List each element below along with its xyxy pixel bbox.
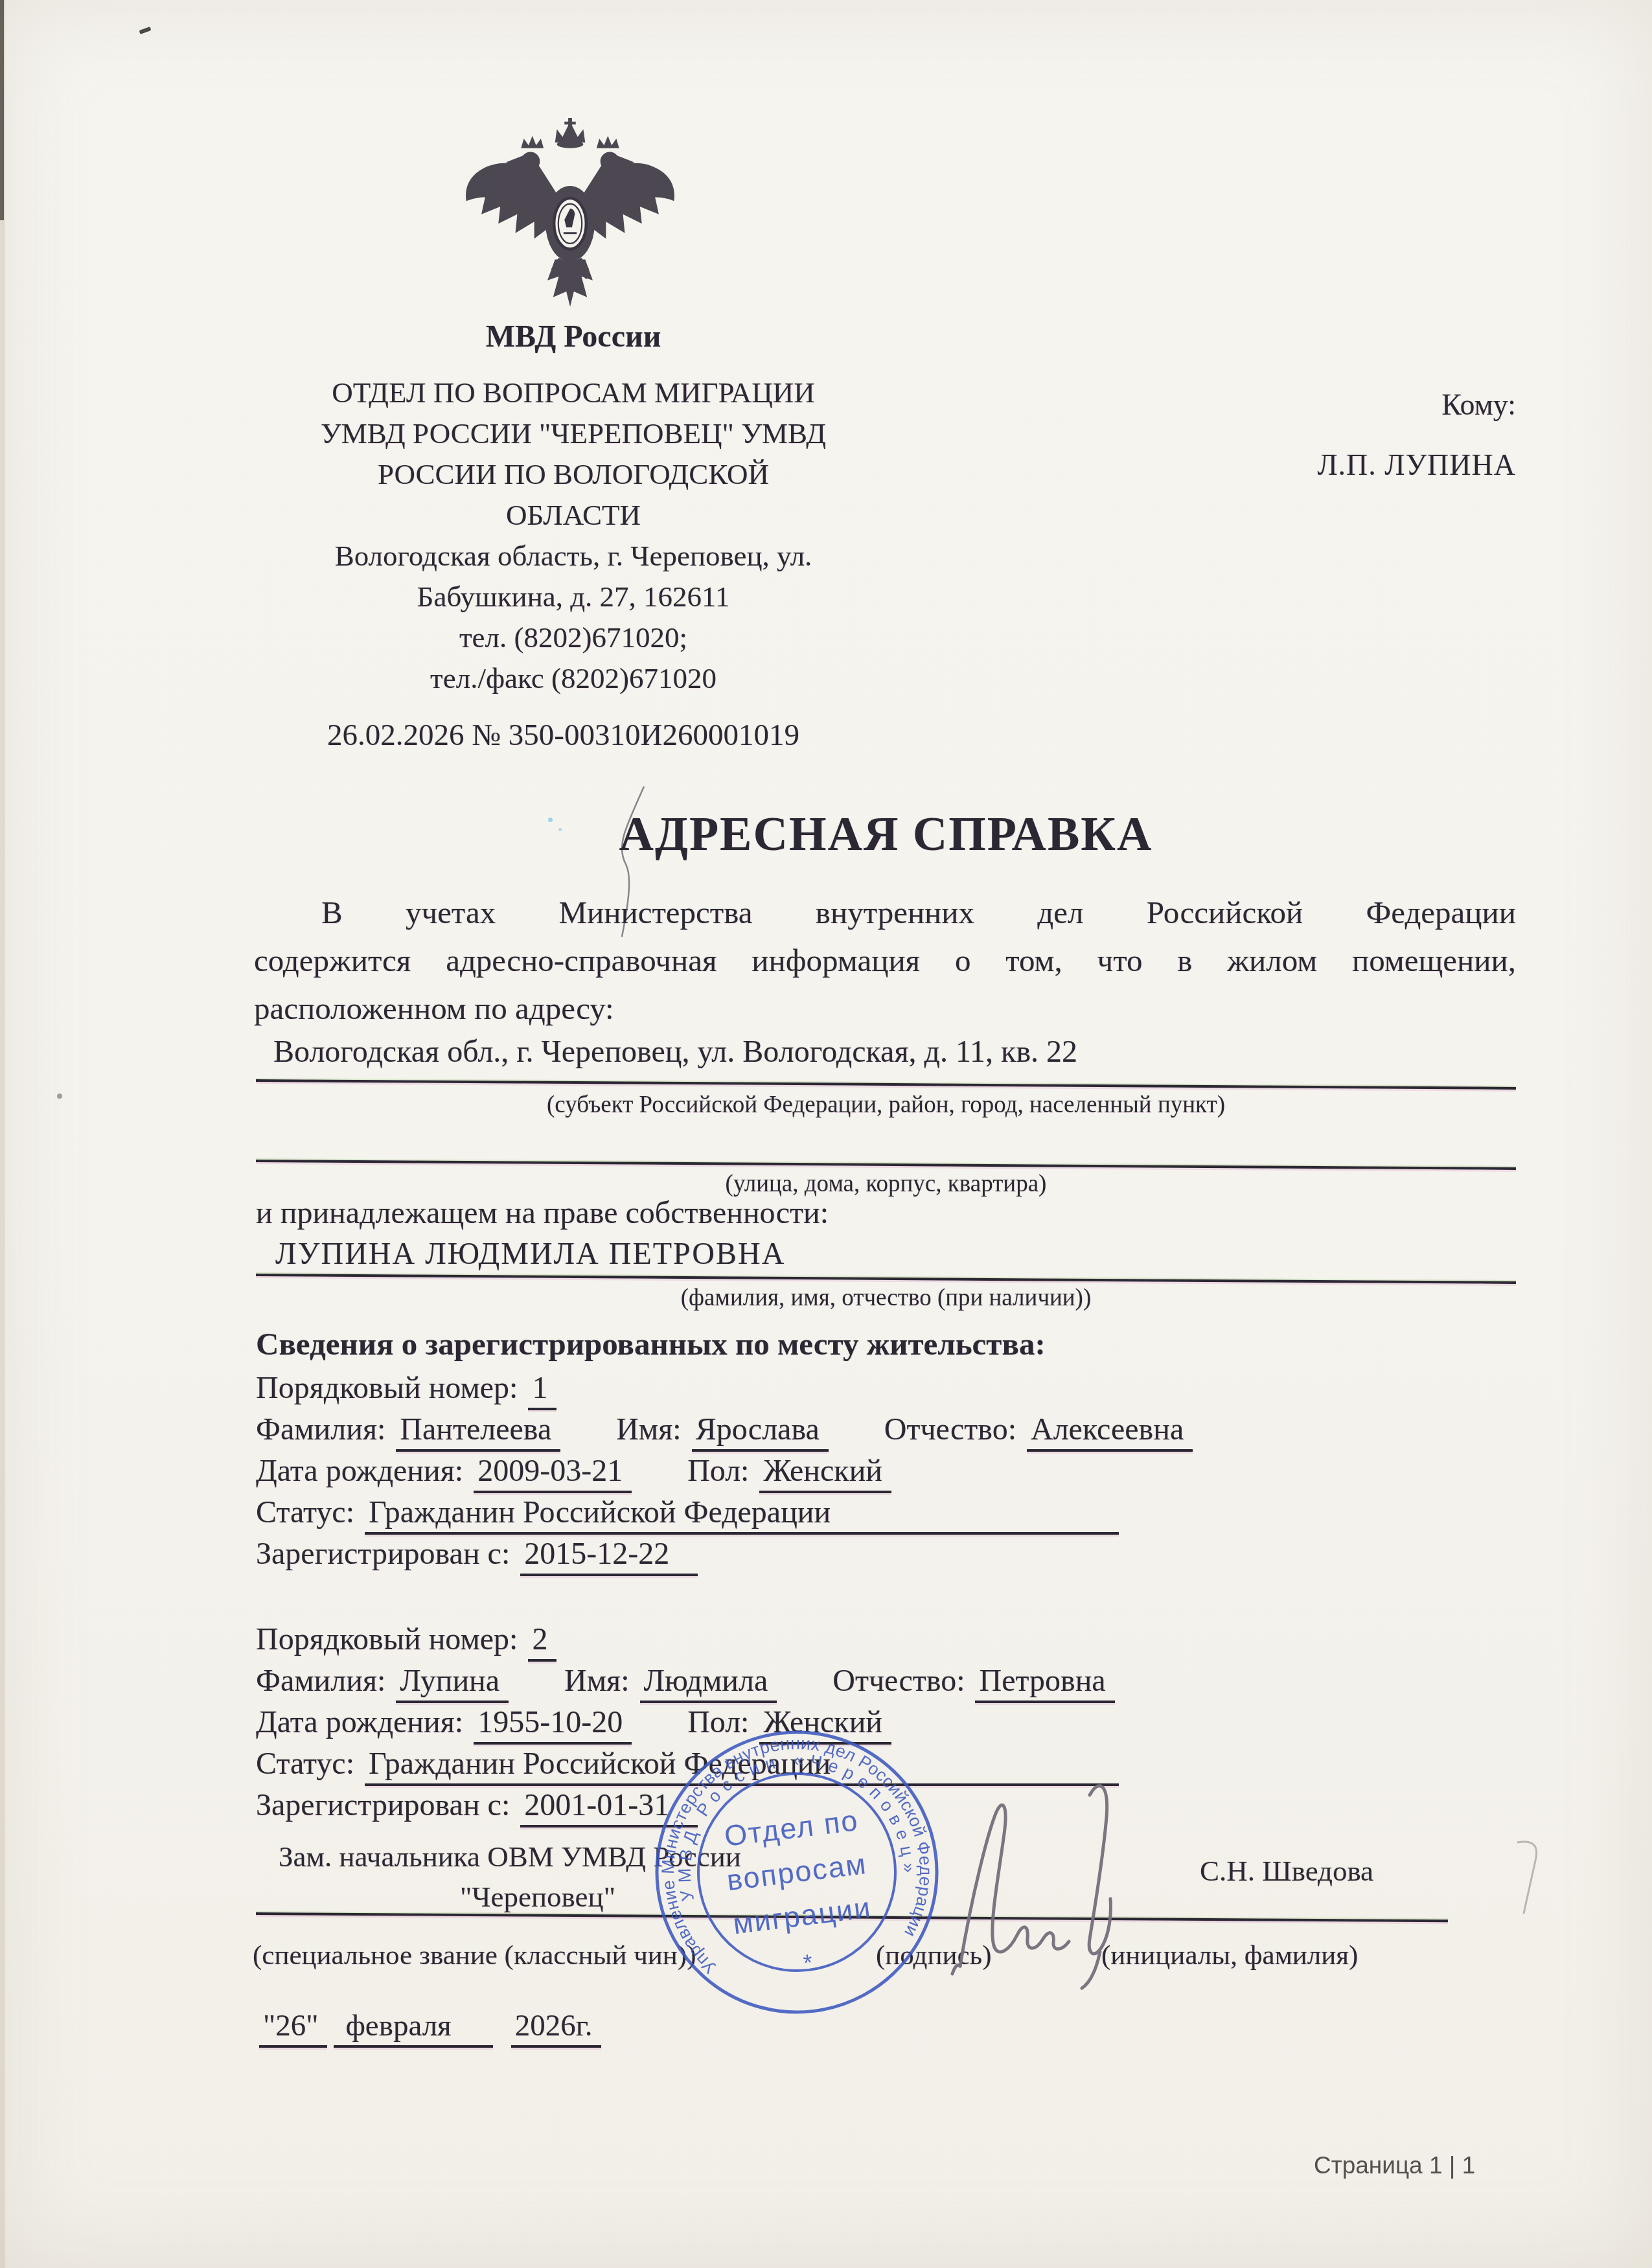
address-region-caption: (субъект Российской Федерации, район, го…	[256, 1091, 1516, 1119]
intro-line: содержится адресно-справочная информация…	[254, 937, 1516, 985]
reference-line: 26.02.2026 № 350-00310И260001019	[327, 718, 799, 753]
signer-name: С.Н. Шведова	[1200, 1854, 1373, 1888]
sender-line: ОБЛАСТИ	[292, 495, 855, 536]
scanned-address-certificate: МВД России ОТДЕЛ ПО ВОПРОСАМ МИГРАЦИИ УМ…	[0, 0, 1652, 2268]
patronymic-value: Алексеевна	[1027, 1412, 1193, 1452]
scan-speck	[57, 1094, 62, 1099]
registered-label: Зарегистрирован с:	[256, 1788, 510, 1822]
owner-caption: (фамилия, имя, отчество (при наличии))	[256, 1284, 1516, 1312]
registered-label: Зарегистрирован с:	[256, 1537, 510, 1571]
sender-line: Вологодская область, г. Череповец, ул.	[292, 536, 855, 577]
registered-value: 2015-12-22	[520, 1536, 698, 1576]
intro-line: В учетах Министерства внутренних дел Рос…	[254, 889, 1516, 937]
round-stamp: Управление Министерства внутренних дел Р…	[628, 1704, 965, 2040]
resident-status-row: Статус:Гражданин Российской Федерации	[256, 1495, 1119, 1535]
birth-date-label: Дата рождения:	[256, 1454, 463, 1488]
resident-ordinal-row: Порядковый номер:1	[256, 1370, 556, 1410]
intro-paragraph: В учетах Министерства внутренних дел Рос…	[254, 889, 1516, 1033]
surname-label: Фамилия:	[256, 1664, 385, 1698]
org-title: МВД России	[292, 319, 855, 354]
recipient-block: Кому: Л.П. ЛУПИНА	[1218, 387, 1516, 482]
status-label: Статус:	[256, 1495, 354, 1529]
resident-fio-row: Фамилия:Лупина Имя:Людмила Отчество:Петр…	[256, 1663, 1115, 1703]
resident-ordinal-row: Порядковый номер:2	[256, 1621, 556, 1662]
ordinal-value: 2	[528, 1621, 556, 1662]
birth-date-value: 1955-10-20	[474, 1704, 632, 1745]
address-street-caption: (улица, дома, корпус, квартира)	[256, 1170, 1516, 1198]
name-value: Ярослава	[692, 1412, 829, 1452]
page-number: Страница 1 | 1	[1314, 2152, 1475, 2179]
intro-line: расположенном по адресу:	[254, 985, 1516, 1033]
ordinal-label: Порядковый номер:	[256, 1371, 518, 1405]
stamp-center-line: миграции	[731, 1891, 873, 1941]
address-value: Вологодская обл., г. Череповец, ул. Воло…	[273, 1034, 1077, 1070]
underline-rule	[256, 1079, 1516, 1090]
scan-edge-tint	[0, 0, 5, 2268]
sender-line: УМВД РОССИИ "ЧЕРЕПОВЕЦ" УМВД	[292, 413, 855, 454]
issue-date-row: "26"февраля2026г.	[259, 2008, 601, 2048]
sender-line: РОССИИ ПО ВОЛОГОДСКОЙ	[292, 454, 855, 495]
stamp-center-line: вопросам	[725, 1847, 869, 1897]
gender-value: Женский	[759, 1453, 891, 1493]
birth-date-value: 2009-03-21	[474, 1453, 632, 1493]
sender-line: тел. (8202)671020;	[292, 617, 855, 658]
name-value: Людмила	[640, 1663, 777, 1703]
gender-label: Пол:	[687, 1454, 749, 1488]
rank-caption: (специальное звание (классный чин))	[253, 1940, 696, 1971]
patronymic-value: Петровна	[975, 1663, 1114, 1703]
sender-line: ОТДЕЛ ПО ВОПРОСАМ МИГРАЦИИ	[292, 372, 855, 413]
recipient-name: Л.П. ЛУПИНА	[1218, 448, 1516, 482]
resident-registered-row: Зарегистрирован с:2015-12-22	[256, 1536, 698, 1576]
surname-label: Фамилия:	[256, 1412, 385, 1447]
issue-date-year: 2026г.	[511, 2008, 602, 2048]
patronymic-label: Отчество:	[832, 1664, 965, 1698]
name-label: Имя:	[616, 1412, 681, 1447]
resident-registered-row: Зарегистрирован с:2001-01-31	[256, 1787, 698, 1827]
ordinal-value: 1	[528, 1370, 556, 1410]
document-title: АДРЕСНАЯ СПРАВКА	[256, 807, 1516, 862]
surname-value: Пантелеева	[396, 1412, 560, 1452]
recipient-label: Кому:	[1218, 387, 1516, 422]
scan-speck	[139, 27, 152, 34]
issue-date-month: февраля	[334, 2008, 492, 2048]
owner-name: ЛУПИНА ЛЮДМИЛА ПЕТРОВНА	[275, 1236, 785, 1272]
residents-section-title: Сведения о зарегистрированных по месту ж…	[256, 1325, 1046, 1362]
stamp-center-line: Отдел по	[722, 1804, 860, 1853]
issue-date-day: "26"	[259, 2008, 327, 2048]
ordinal-label: Порядковый номер:	[256, 1622, 518, 1656]
status-value: Гражданин Российской Федерации	[365, 1495, 1119, 1535]
sender-line: Бабушкина, д. 27, 162611	[292, 577, 855, 617]
status-label: Статус:	[256, 1747, 354, 1781]
name-label: Имя:	[564, 1664, 629, 1698]
patronymic-label: Отчество:	[884, 1412, 1016, 1447]
underline-rule	[256, 1274, 1516, 1284]
surname-value: Лупина	[396, 1663, 509, 1703]
birth-date-label: Дата рождения:	[256, 1705, 463, 1739]
handwritten-signature	[926, 1772, 1160, 1992]
mvd-eagle-emblem	[457, 118, 683, 316]
sender-line: тел./факс (8202)671020	[292, 658, 855, 699]
owner-lead: и принадлежащем на праве собственности:	[256, 1195, 829, 1231]
resident-fio-row: Фамилия:Пантелеева Имя:Ярослава Отчество…	[256, 1412, 1193, 1452]
pen-scratch-artifact	[1513, 1838, 1542, 1916]
sender-block: ОТДЕЛ ПО ВОПРОСАМ МИГРАЦИИ УМВД РОССИИ "…	[292, 372, 855, 699]
stamp-star-separator: *	[802, 1949, 814, 1976]
resident-birth-row: Дата рождения:2009-03-21 Пол:Женский	[256, 1453, 891, 1493]
underline-rule	[256, 1160, 1516, 1170]
